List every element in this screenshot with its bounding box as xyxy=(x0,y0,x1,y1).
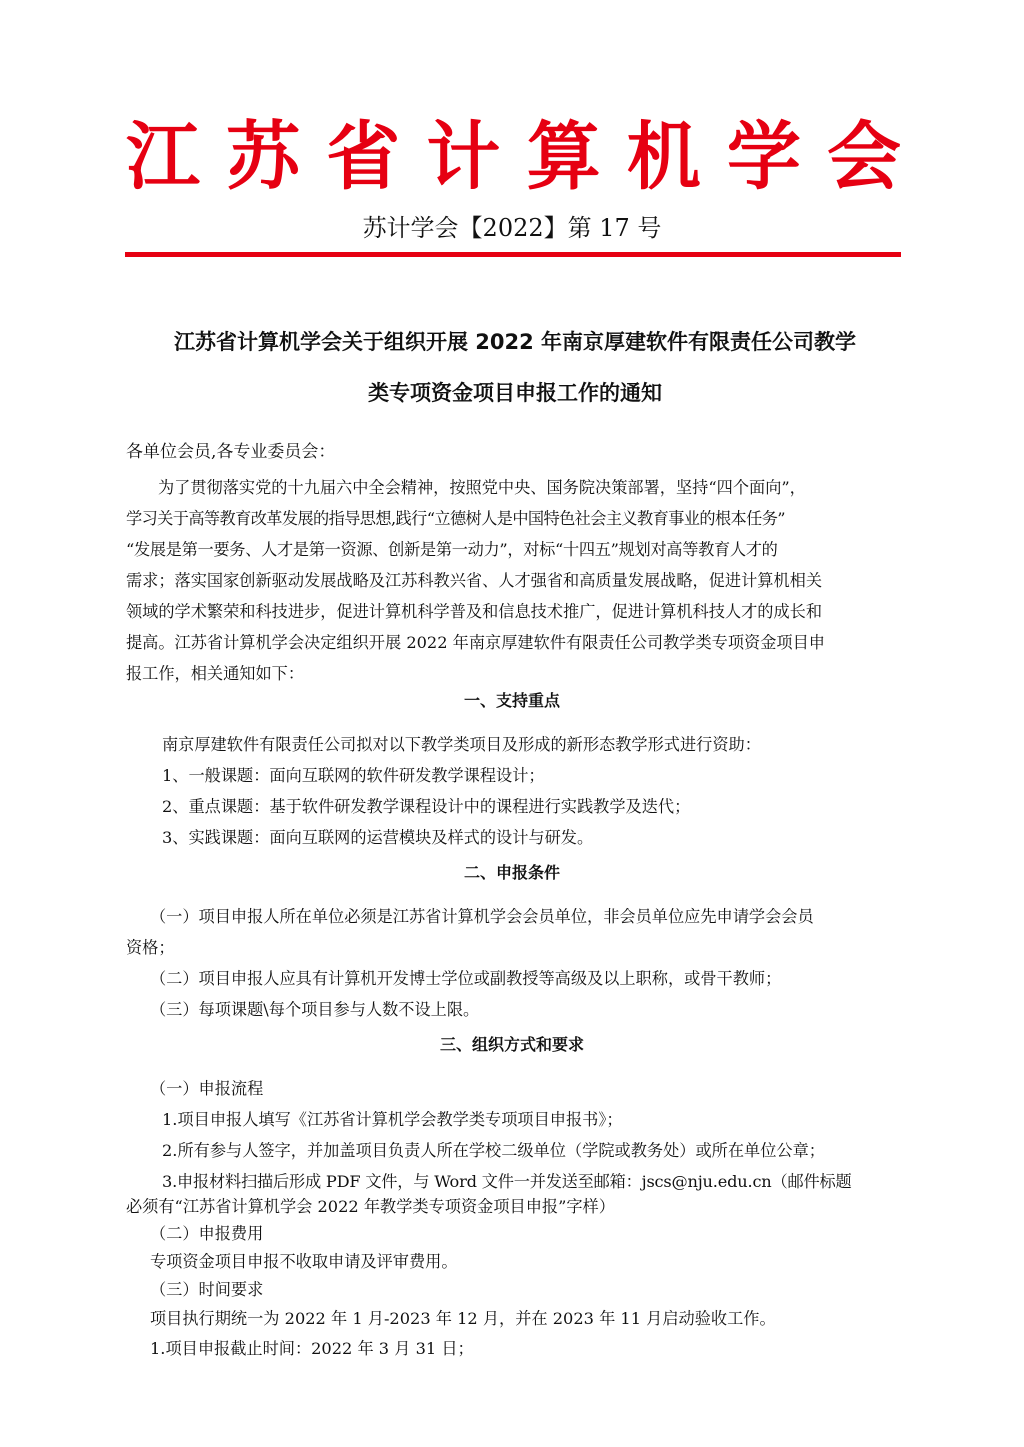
intro-line: 需求；落实国家创新驱动发展战略及江苏科教兴省、人才强省和高质量发展战略，促进计算… xyxy=(126,570,822,592)
masthead-char: 省 xyxy=(326,112,400,202)
section-line: 必须有“江苏省计算机学会 2022 年教学类专项资金项目申报”字样） xyxy=(126,1196,615,1218)
section-line: 南京厚建软件有限责任公司拟对以下教学类项目及形成的新形态教学形式进行资助： xyxy=(162,734,761,756)
subsection-title: （二）申报费用 xyxy=(150,1223,263,1245)
section-line: 资格； xyxy=(126,937,175,959)
header-divider xyxy=(125,252,901,257)
section-heading-support-focus: 一、支持重点 xyxy=(0,690,1024,712)
section-line: 2、重点课题：基于软件研发教学课程设计中的课程进行实践教学及迭代； xyxy=(162,796,690,818)
section-line: 1.项目申报人填写《江苏省计算机学会教学类专项项目申报书》； xyxy=(162,1109,623,1131)
masthead-char: 江 xyxy=(126,112,200,202)
section-line: 3、实践课题：面向互联网的运营模块及样式的设计与研发。 xyxy=(162,827,593,849)
section-line: （二）项目申报人应具有计算机开发博士学位或副教授等高级及以上职称，或骨干教师； xyxy=(150,968,781,990)
masthead-char: 计 xyxy=(426,112,500,202)
intro-line: 学习关于高等教育改革发展的指导思想,践行“立德树人是中国特色社会主义教育事业的根… xyxy=(126,508,785,530)
masthead-char: 算 xyxy=(527,112,601,202)
document-title-line-1: 江苏省计算机学会关于组织开展 2022 年南京厚建软件有限责任公司教学 xyxy=(120,327,910,357)
org-masthead: 江 苏 省 计 算 机 学 会 xyxy=(126,112,901,202)
section-line: 专项资金项目申报不收取申请及评审费用。 xyxy=(150,1251,458,1273)
section-line: （三）每项课题\每个项目参与人数不设上限。 xyxy=(150,999,479,1021)
document-page: 江 苏 省 计 算 机 学 会 苏计学会【2022】第 17 号 江苏省计算机学… xyxy=(0,0,1024,1447)
masthead-char: 机 xyxy=(627,112,701,202)
masthead-char: 会 xyxy=(827,112,901,202)
section-line: 2.所有参与人签字，并加盖项目负责人所在学校二级单位（学院或教务处）或所在单位公… xyxy=(162,1140,825,1162)
masthead-char: 学 xyxy=(727,112,801,202)
intro-line: 为了贯彻落实党的十九届六中全会精神，按照党中央、国务院决策部署，坚持“四个面向”… xyxy=(158,477,806,499)
section-line: 项目执行期统一为 2022 年 1 月-2023 年 12 月，并在 2023 … xyxy=(150,1308,776,1330)
document-title-line-2: 类专项资金项目申报工作的通知 xyxy=(120,378,910,408)
section-heading-organization: 三、组织方式和要求 xyxy=(0,1034,1024,1056)
intro-line: 提高。江苏省计算机学会决定组织开展 2022 年南京厚建软件有限责任公司教学类专… xyxy=(126,632,825,654)
section-line: 1、一般课题：面向互联网的软件研发教学课程设计； xyxy=(162,765,545,787)
subsection-title: （三）时间要求 xyxy=(150,1279,263,1301)
section-line: （一）项目申报人所在单位必须是江苏省计算机学会会员单位，非会员单位应先申请学会会… xyxy=(150,906,814,928)
document-number: 苏计学会【2022】第 17 号 xyxy=(0,212,1024,244)
section-line: 1.项目申报截止时间：2022 年 3 月 31 日； xyxy=(150,1338,474,1360)
intro-line: 报工作，相关通知如下： xyxy=(126,663,304,685)
section-heading-eligibility: 二、申报条件 xyxy=(0,862,1024,884)
section-line: 3.申报材料扫描后形成 PDF 文件，与 Word 文件一并发送至邮箱：jscs… xyxy=(162,1171,851,1193)
masthead-char: 苏 xyxy=(226,112,300,202)
intro-line: 领域的学术繁荣和科技进步，促进计算机科学普及和信息技术推广，促进计算机科技人才的… xyxy=(126,601,822,623)
intro-line: “发展是第一要务、人才是第一资源、创新是第一动力”，对标“十四五”规划对高等教育… xyxy=(126,539,778,561)
salutation: 各单位会员,各专业委员会： xyxy=(126,441,335,463)
subsection-title: （一）申报流程 xyxy=(150,1078,263,1100)
